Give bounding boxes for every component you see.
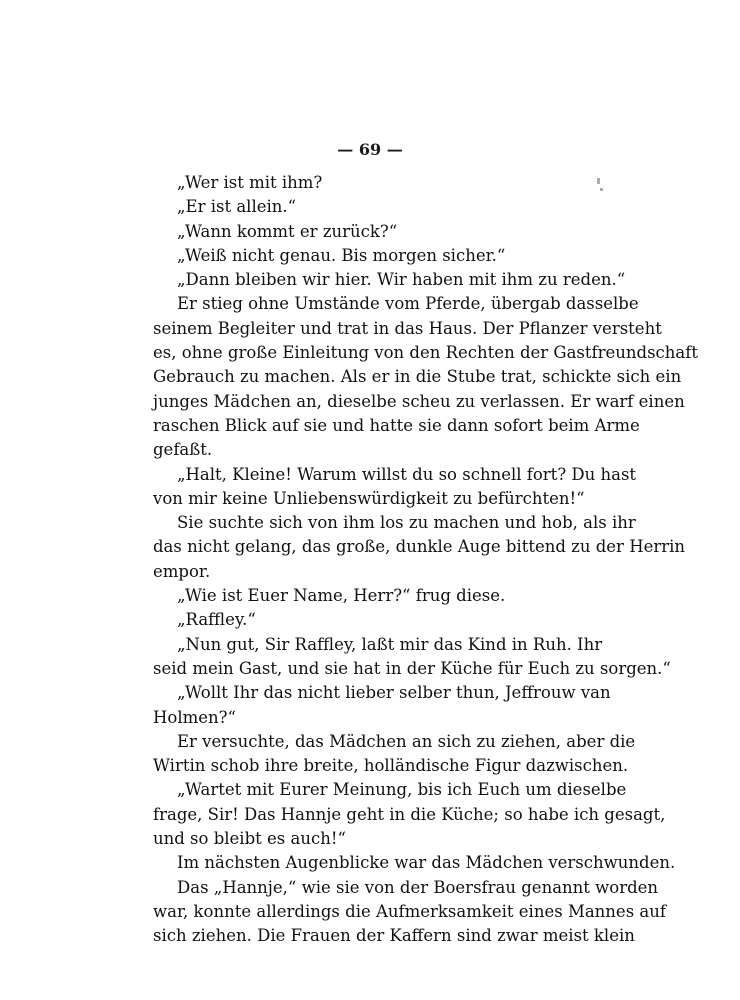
- text-line: Das „Hannje,“ wie sie von der Boersfrau …: [153, 876, 599, 900]
- text-line: „Er ist allein.“: [153, 195, 599, 219]
- body-text: „Wer ist mit ihm?„Er ist allein.“„Wann k…: [153, 171, 599, 949]
- scan-speck: [600, 188, 603, 191]
- text-line: „Wollt Ihr das nicht lieber selber thun,…: [153, 681, 599, 705]
- text-line: „Dann bleiben wir hier. Wir haben mit ih…: [153, 268, 599, 292]
- text-line: empor.: [153, 560, 599, 584]
- text-line: von mir keine Unliebenswürdigkeit zu bef…: [153, 487, 599, 511]
- text-line: Sie suchte sich von ihm los zu machen un…: [153, 511, 599, 535]
- text-line: sich ziehen. Die Frauen der Kaffern sind…: [153, 924, 599, 948]
- text-line: „Weiß nicht genau. Bis morgen sicher.“: [153, 244, 599, 268]
- text-line: Er versuchte, das Mädchen an sich zu zie…: [153, 730, 599, 754]
- page-number: — 69 —: [0, 140, 740, 159]
- text-line: das nicht gelang, das große, dunkle Auge…: [153, 535, 599, 559]
- text-line: gefaßt.: [153, 438, 599, 462]
- text-line: seinem Begleiter und trat in das Haus. D…: [153, 317, 599, 341]
- book-page: — 69 — „Wer ist mit ihm?„Er ist allein.“…: [0, 0, 740, 1000]
- text-line: Holmen?“: [153, 706, 599, 730]
- text-line: „Wie ist Euer Name, Herr?“ frug diese.: [153, 584, 599, 608]
- text-line: raschen Blick auf sie und hatte sie dann…: [153, 414, 599, 438]
- text-line: es, ohne große Einleitung von den Rechte…: [153, 341, 599, 365]
- text-line: „Wann kommt er zurück?“: [153, 220, 599, 244]
- text-line: war, konnte allerdings die Aufmerksamkei…: [153, 900, 599, 924]
- text-line: „Wartet mit Eurer Meinung, bis ich Euch …: [153, 778, 599, 802]
- text-line: „Wer ist mit ihm?: [153, 171, 599, 195]
- text-line: Im nächsten Augenblicke war das Mädchen …: [153, 851, 599, 875]
- text-line: seid mein Gast, und sie hat in der Küche…: [153, 657, 599, 681]
- text-line: Gebrauch zu machen. Als er in die Stube …: [153, 365, 599, 389]
- text-line: und so bleibt es auch!“: [153, 827, 599, 851]
- text-line: „Nun gut, Sir Raffley, laßt mir das Kind…: [153, 633, 599, 657]
- text-line: „Raffley.“: [153, 608, 599, 632]
- scan-speck: [597, 178, 600, 184]
- text-line: „Halt, Kleine! Warum willst du so schnel…: [153, 463, 599, 487]
- text-line: frage, Sir! Das Hannje geht in die Küche…: [153, 803, 599, 827]
- text-line: junges Mädchen an, dieselbe scheu zu ver…: [153, 390, 599, 414]
- text-line: Wirtin schob ihre breite, holländische F…: [153, 754, 599, 778]
- text-line: Er stieg ohne Umstände vom Pferde, überg…: [153, 292, 599, 316]
